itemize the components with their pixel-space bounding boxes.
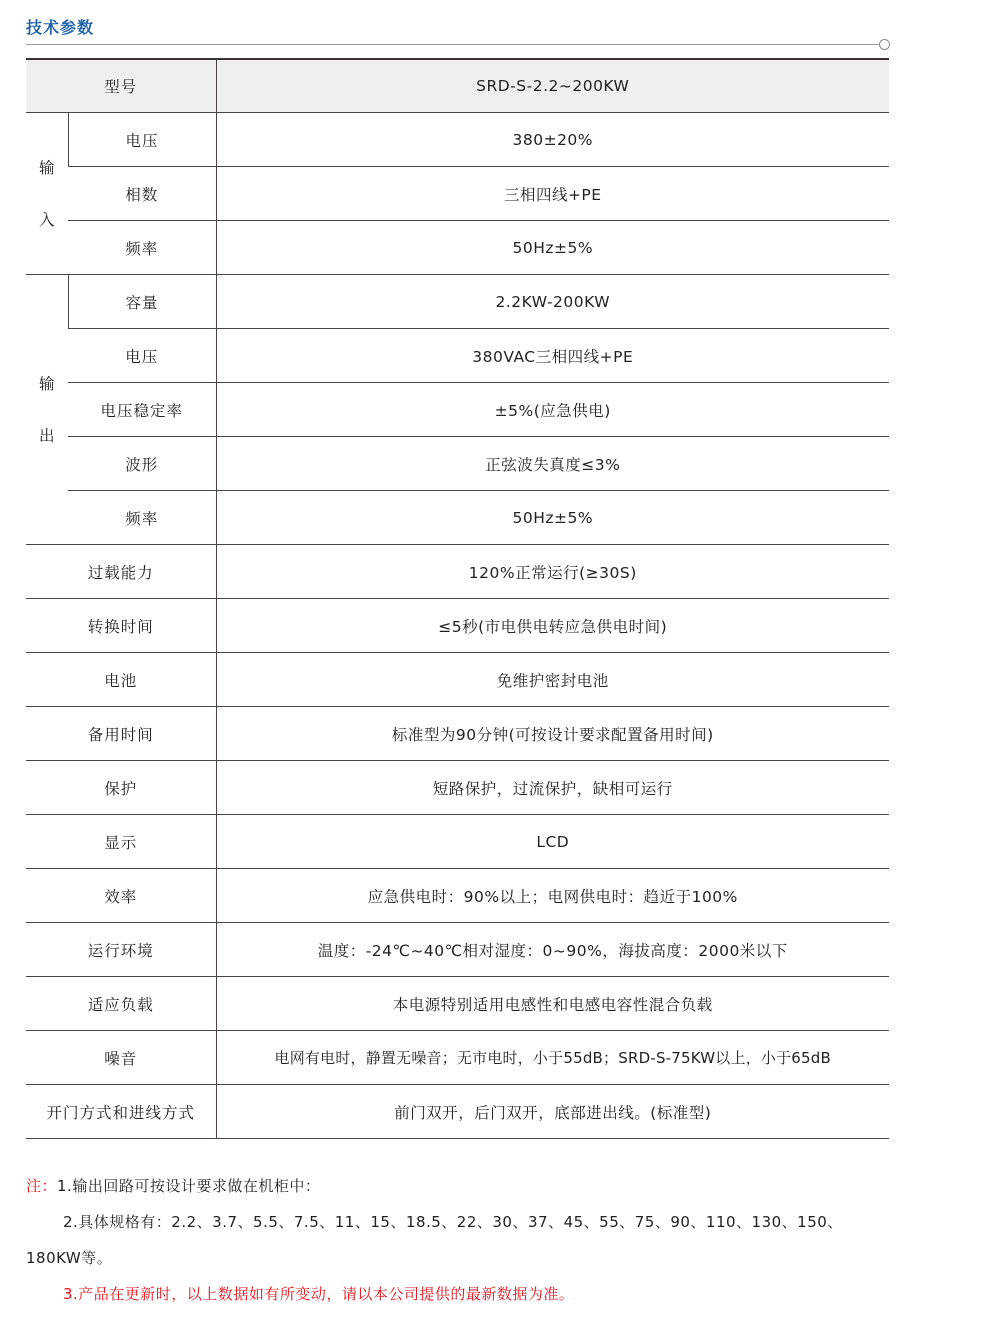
table-row: 开门方式和进线方式 前门双开，后门双开，底部进出线。(标准型) bbox=[26, 1085, 889, 1139]
row-label: 转换时间 bbox=[26, 599, 216, 653]
table-row: 频率 50Hz±5% bbox=[26, 221, 889, 275]
title-divider bbox=[26, 44, 879, 45]
row-value: 应急供电时：90%以上；电网供电时：趋近于100% bbox=[216, 869, 889, 923]
row-label: 过载能力 bbox=[26, 545, 216, 599]
row-label: 适应负载 bbox=[26, 977, 216, 1031]
notes-section: 注：1.输出回路可按设计要求做在机柜中： 2.具体规格有：2.2、3.7、5.5… bbox=[26, 1168, 906, 1312]
note-line-2: 2.具体规格有：2.2、3.7、5.5、7.5、11、15、18.5、22、30… bbox=[26, 1204, 906, 1240]
table-row: 相数 三相四线+PE bbox=[26, 167, 889, 221]
table-row: 输 入 电压 380±20% bbox=[26, 113, 889, 167]
row-value: 正弦波失真度≤3% bbox=[216, 437, 889, 491]
row-value: 短路保护，过流保护，缺相可运行 bbox=[216, 761, 889, 815]
row-label: 备用时间 bbox=[26, 707, 216, 761]
table-row: 电压 380VAC三相四线+PE bbox=[26, 329, 889, 383]
row-value: 2.2KW-200KW bbox=[216, 275, 889, 329]
row-value: 50Hz±5% bbox=[216, 221, 889, 275]
group-label-char: 入 bbox=[26, 194, 68, 246]
spec-table: 型号 SRD-S-2.2~200KW 输 入 电压 380±20% 相数 三相四… bbox=[26, 58, 889, 1139]
row-label: 电压 bbox=[68, 329, 216, 383]
row-label: 开门方式和进线方式 bbox=[26, 1085, 216, 1139]
row-value: LCD bbox=[216, 815, 889, 869]
row-label: 电池 bbox=[26, 653, 216, 707]
row-value: 50Hz±5% bbox=[216, 491, 889, 545]
table-row: 运行环境 温度：-24℃~40℃相对湿度：0~90%，海拔高度：2000米以下 bbox=[26, 923, 889, 977]
header-label: 型号 bbox=[26, 59, 216, 113]
table-row: 电池 免维护密封电池 bbox=[26, 653, 889, 707]
row-label: 容量 bbox=[68, 275, 216, 329]
group-label-char: 输 bbox=[26, 358, 68, 410]
row-label: 电压 bbox=[68, 113, 216, 167]
table-row: 备用时间 标准型为90分钟(可按设计要求配置备用时间) bbox=[26, 707, 889, 761]
note-line-2-continued: 180KW等。 bbox=[26, 1240, 906, 1276]
row-value: 120%正常运行(≥30S) bbox=[216, 545, 889, 599]
group-label-input: 输 入 bbox=[26, 113, 68, 275]
table-row: 噪音 电网有电时，静置无噪音；无市电时，小于55dB；SRD-S-75KW以上，… bbox=[26, 1031, 889, 1085]
row-label: 相数 bbox=[68, 167, 216, 221]
row-value: 免维护密封电池 bbox=[216, 653, 889, 707]
row-value: 380VAC三相四线+PE bbox=[216, 329, 889, 383]
row-label: 显示 bbox=[26, 815, 216, 869]
row-value: ≤5秒(市电供电转应急供电时间) bbox=[216, 599, 889, 653]
group-label-output: 输 出 bbox=[26, 275, 68, 545]
row-label: 噪音 bbox=[26, 1031, 216, 1085]
row-value: 380±20% bbox=[216, 113, 889, 167]
row-label: 频率 bbox=[68, 491, 216, 545]
section-title: 技术参数 bbox=[26, 15, 94, 38]
divider-end-circle-icon bbox=[879, 39, 890, 50]
row-value: 标准型为90分钟(可按设计要求配置备用时间) bbox=[216, 707, 889, 761]
note-text: 1.输出回路可按设计要求做在机柜中： bbox=[57, 1177, 320, 1195]
table-row: 波形 正弦波失真度≤3% bbox=[26, 437, 889, 491]
row-label: 保护 bbox=[26, 761, 216, 815]
note-line-1: 注：1.输出回路可按设计要求做在机柜中： bbox=[26, 1168, 906, 1204]
table-row: 适应负载 本电源特别适用电感性和电感电容性混合负载 bbox=[26, 977, 889, 1031]
header-value: SRD-S-2.2~200KW bbox=[216, 59, 889, 113]
row-label: 效率 bbox=[26, 869, 216, 923]
table-row: 过载能力 120%正常运行(≥30S) bbox=[26, 545, 889, 599]
table-row: 输 出 容量 2.2KW-200KW bbox=[26, 275, 889, 329]
note-prefix: 注： bbox=[26, 1177, 57, 1195]
row-label: 波形 bbox=[68, 437, 216, 491]
table-row: 保护 短路保护，过流保护，缺相可运行 bbox=[26, 761, 889, 815]
group-label-char: 出 bbox=[26, 410, 68, 462]
table-row: 频率 50Hz±5% bbox=[26, 491, 889, 545]
row-value: 三相四线+PE bbox=[216, 167, 889, 221]
table-row: 显示 LCD bbox=[26, 815, 889, 869]
row-label: 运行环境 bbox=[26, 923, 216, 977]
row-value: 温度：-24℃~40℃相对湿度：0~90%，海拔高度：2000米以下 bbox=[216, 923, 889, 977]
group-label-char: 输 bbox=[26, 142, 68, 194]
row-value: ±5%(应急供电) bbox=[216, 383, 889, 437]
row-value: 电网有电时，静置无噪音；无市电时，小于55dB；SRD-S-75KW以上，小于6… bbox=[216, 1031, 889, 1085]
row-value: 前门双开，后门双开，底部进出线。(标准型) bbox=[216, 1085, 889, 1139]
note-line-3: 3.产品在更新时，以上数据如有所变动，请以本公司提供的最新数据为准。 bbox=[26, 1276, 906, 1312]
table-row: 效率 应急供电时：90%以上；电网供电时：趋近于100% bbox=[26, 869, 889, 923]
table-header-row: 型号 SRD-S-2.2~200KW bbox=[26, 59, 889, 113]
row-label: 电压稳定率 bbox=[68, 383, 216, 437]
table-row: 电压稳定率 ±5%(应急供电) bbox=[26, 383, 889, 437]
row-value: 本电源特别适用电感性和电感电容性混合负载 bbox=[216, 977, 889, 1031]
table-row: 转换时间 ≤5秒(市电供电转应急供电时间) bbox=[26, 599, 889, 653]
row-label: 频率 bbox=[68, 221, 216, 275]
